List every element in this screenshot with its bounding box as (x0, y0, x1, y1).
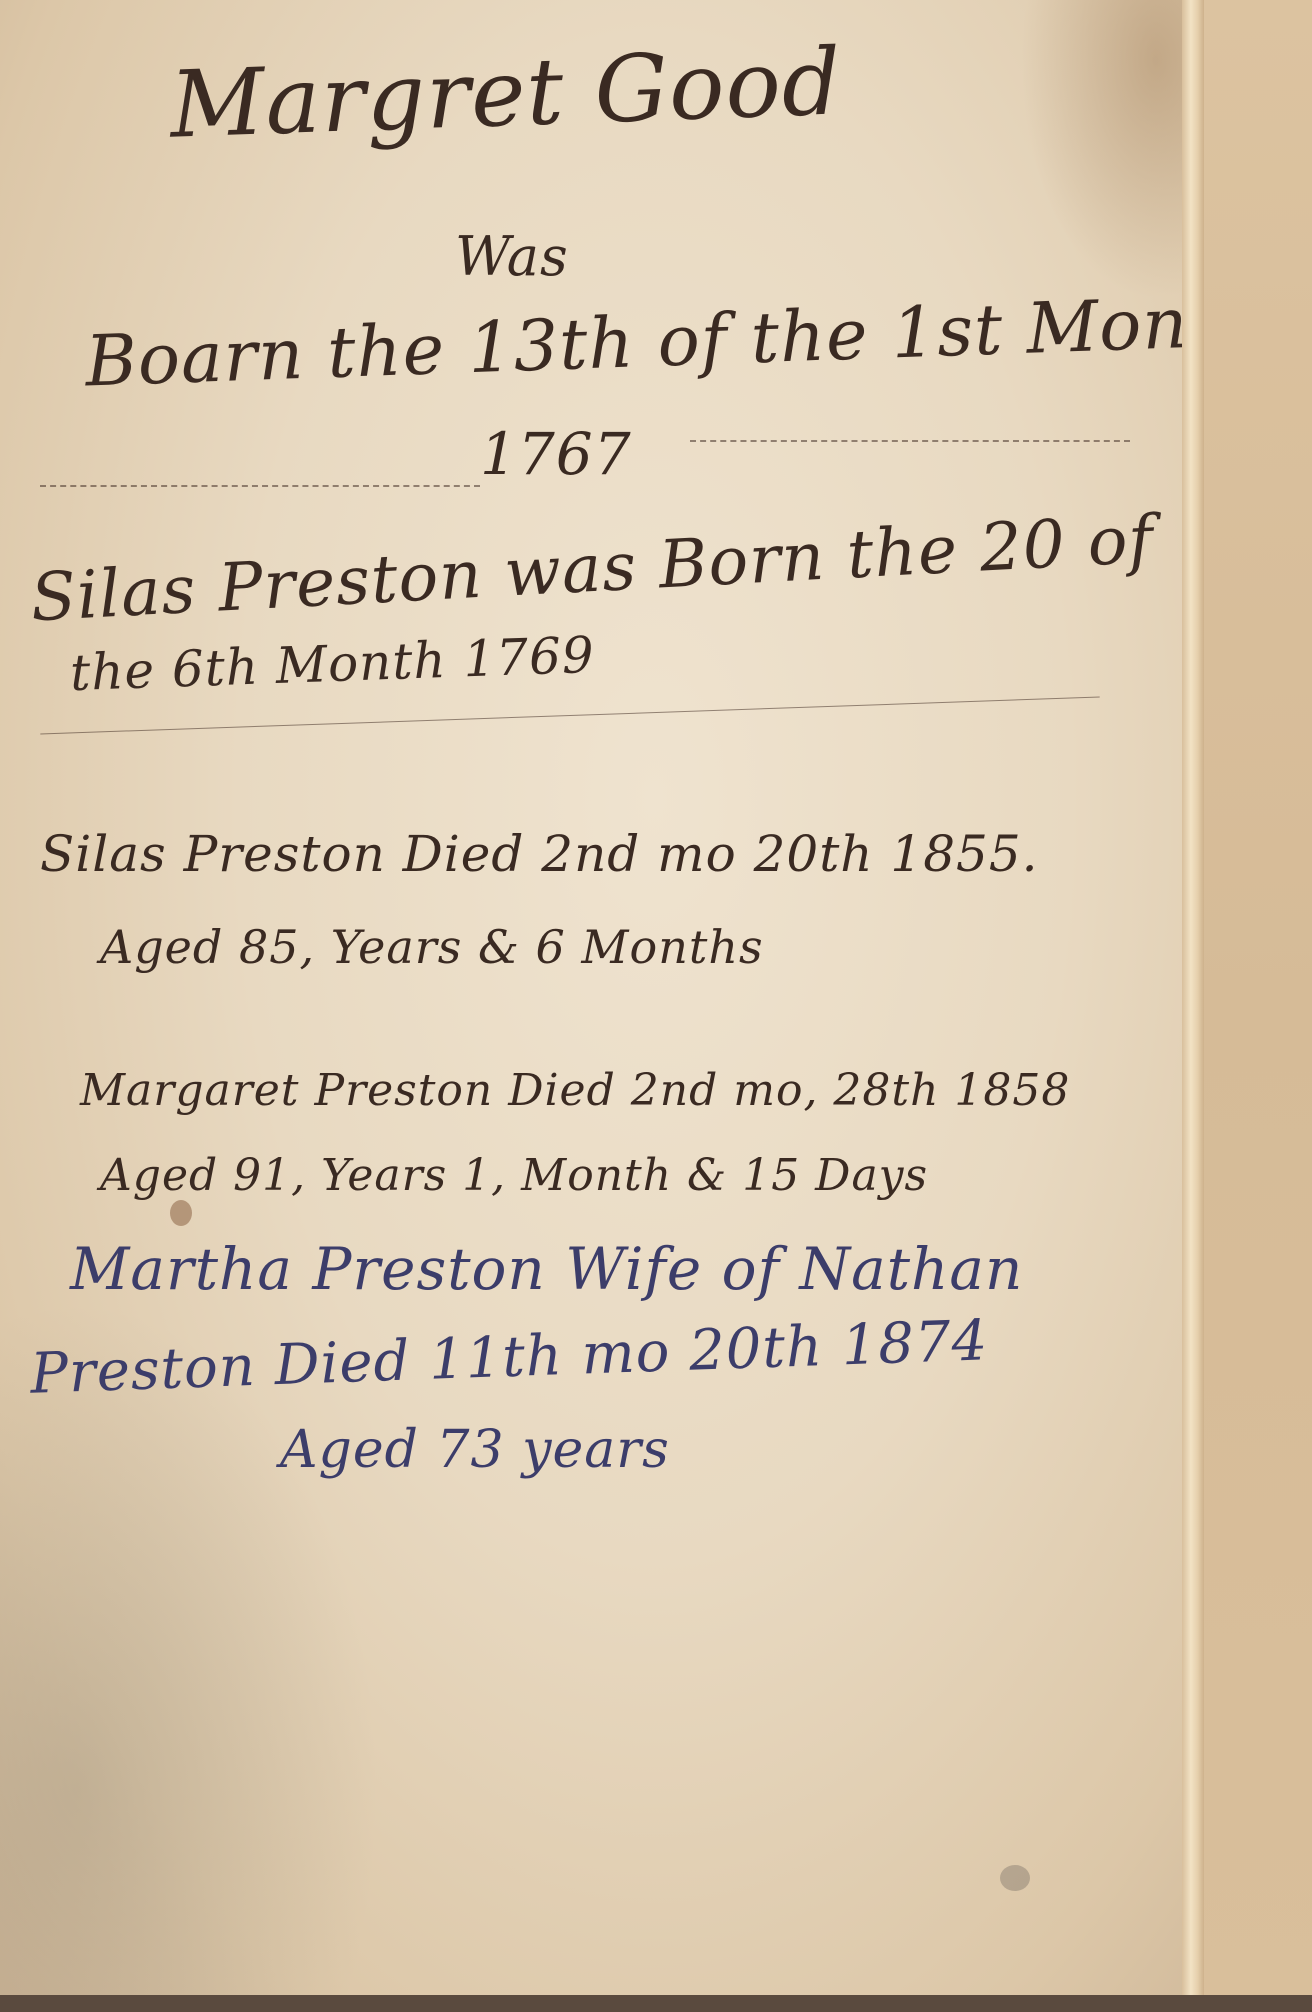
book-gutter (1182, 0, 1204, 2012)
divider-line (40, 485, 480, 487)
entry-silas-died-2: Aged 85, Years & 6 Months (100, 920, 764, 974)
entry-silas-born-1: Silas Preston was Born the 20 of (29, 501, 1156, 637)
entry-name-margret-good: Margret Good (168, 28, 843, 158)
entry-silas-died-1: Silas Preston Died 2nd mo 20th 1855. (40, 825, 1039, 883)
entry-margaret-died-2: Aged 91, Years 1, Month & 15 Days (100, 1150, 928, 1201)
book-bottom-edge (0, 1995, 1312, 2012)
divider-line (690, 440, 1130, 442)
entry-martha-died-2: Preston Died 11th mo 20th 1874 (29, 1308, 989, 1406)
foxing-spot (1000, 1865, 1030, 1891)
entry-martha-aged: Aged 73 years (280, 1420, 670, 1480)
divider-line (40, 697, 1099, 735)
ink-stain (170, 1200, 192, 1226)
entry-silas-born-2: the 6th Month 1769 (69, 626, 595, 702)
entry-born-date: Boarn the 13th of the 1st Month (84, 279, 1190, 402)
entry-was: Was (455, 225, 569, 288)
book-endpaper (1204, 0, 1312, 2012)
entry-martha-died-1: Martha Preston Wife of Nathan (70, 1235, 1023, 1303)
entry-born-year: 1767 (480, 420, 632, 488)
record-page: Margret Good Was Boarn the 13th of the 1… (0, 0, 1190, 1995)
entry-margaret-died-1: Margaret Preston Died 2nd mo, 28th 1858 (80, 1065, 1070, 1116)
